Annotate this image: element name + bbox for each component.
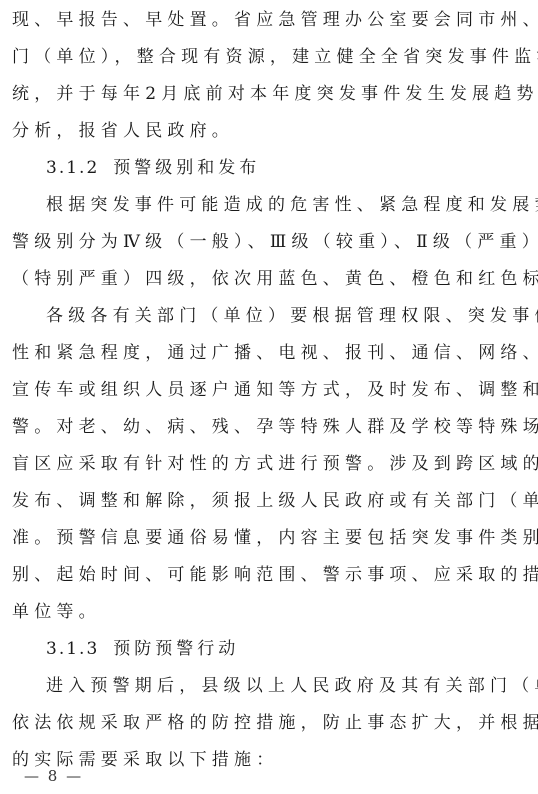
section-number: 3.1.2 [46,158,99,178]
section-heading-3-1-2: 3.1.2预警级别和发布 [12,156,528,180]
text-line: 别、起始时间、可能影响范围、警示事项、应采取的措施和发布 [12,563,528,587]
text-line: 现、早报告、早处置。省应急管理办公室要会同市州、省有关部 [12,8,528,32]
text-line: 盲区应采取有针对性的方式进行预警。涉及到跨区域的预警信息 [12,452,528,476]
text-line: 门（单位），整合现有资源，建立健全全省突发事件监测预警系 [12,45,528,69]
page-number: — 8 — [24,766,83,786]
text-line: 根据突发事件可能造成的危害性、紧急程度和发展势态，预 [12,193,528,217]
section-title: 预警级别和发布 [113,158,260,178]
text-line: 分析，报省人民政府。 [12,119,528,143]
text-line: 各级各有关部门（单位）要根据管理权限、突发事件的危害 [12,304,528,328]
text-line: 单位等。 [12,600,528,624]
text-line: 准。预警信息要通俗易懂，内容主要包括突发事件类别、预警级 [12,526,528,550]
text-line: 警。对老、幼、病、残、孕等特殊人群及学校等特殊场所和警报 [12,415,528,439]
section-number: 3.1.3 [46,639,99,659]
text-line: 统，并于每年2月底前对本年度突发事件发生发展趋势进行综合 [12,82,528,106]
text-line: 性和紧急程度，通过广播、电视、报刊、通信、网络、警报器、 [12,341,528,365]
text-line: 进入预警期后，县级以上人民政府及其有关部门（单位）应 [12,674,528,698]
text-line: 的实际需要采取以下措施： [12,748,528,772]
text-line: （特别严重）四级，依次用蓝色、黄色、橙色和红色标示。 [12,267,528,291]
section-title: 预防预警行动 [113,639,239,659]
text-line: 宣传车或组织人员逐户通知等方式，及时发布、调整和解除预 [12,378,528,402]
text-line: 依法依规采取严格的防控措施，防止事态扩大，并根据预警级别 [12,711,528,735]
section-heading-3-1-3: 3.1.3预防预警行动 [12,637,528,661]
text-line: 警级别分为Ⅳ级（一般）、Ⅲ级（较重）、Ⅱ级（严重）和Ⅰ级 [12,230,528,254]
text-line: 发布、调整和解除，须报上级人民政府或有关部门（单位）批 [12,489,528,513]
